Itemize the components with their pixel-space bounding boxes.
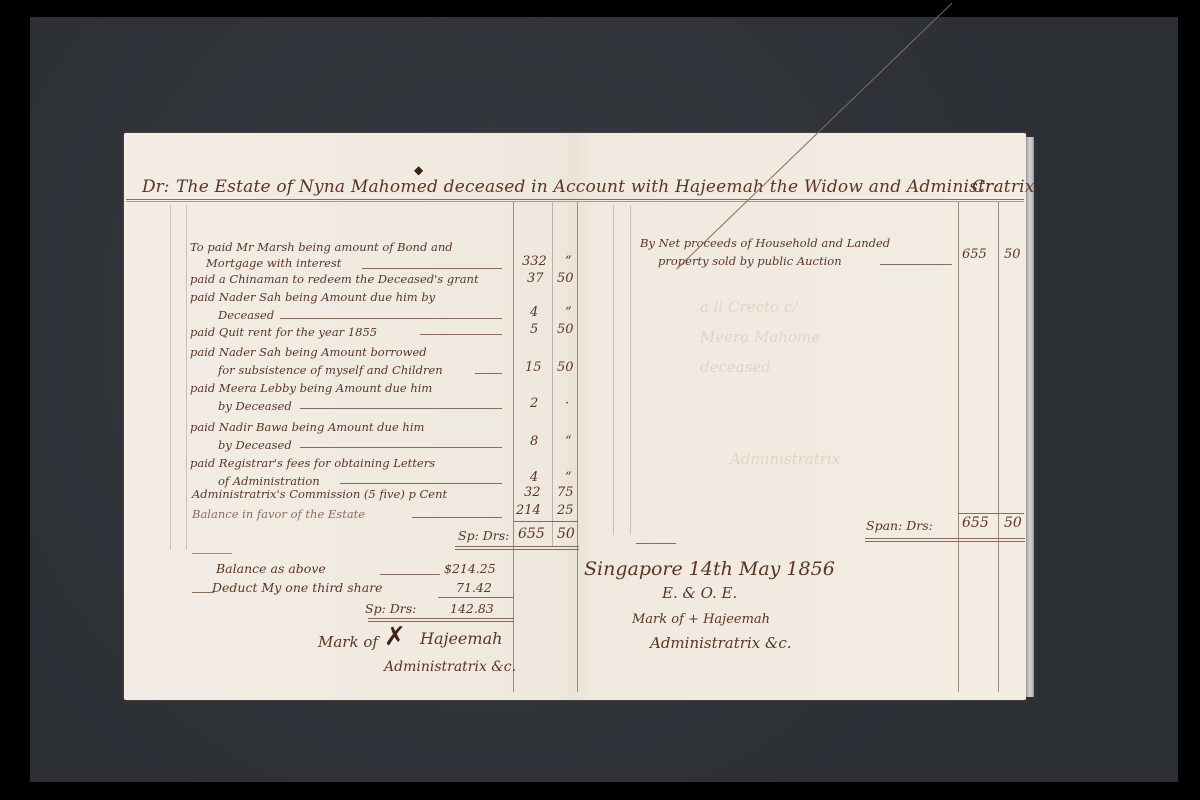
paper-edge — [1026, 137, 1034, 697]
entry-text: paid Nader Sah being Amount borrowed — [190, 345, 427, 359]
entry-text: Administratrix's Commission (5 five) p C… — [192, 487, 447, 501]
entry-cents: 50 — [557, 360, 574, 375]
mark-of-label: Mark of — [318, 633, 378, 651]
entry-cents: “ — [565, 434, 572, 449]
balance-row-label: Balance as above — [216, 561, 326, 576]
bleed-through-text: deceased — [700, 358, 771, 376]
page-title: The Estate of Nyna Mahomed deceased in A… — [176, 177, 1035, 197]
entry-text: for subsistence of myself and Children — [218, 363, 443, 377]
ink-blot: ◆ — [414, 163, 423, 177]
entry-dollars: 4 — [530, 305, 538, 320]
bleed-through-text: Administratrix — [730, 450, 840, 468]
header-rule-double — [126, 201, 1024, 202]
margin-rule — [613, 205, 614, 535]
entry-cents: “ — [565, 305, 572, 320]
entry-dollars: 15 — [525, 360, 542, 375]
entry-text: By Net proceeds of Household and Landed — [640, 236, 890, 250]
entry-dollars: 655 — [962, 247, 987, 262]
entry-text: paid Quit rent for the year 1855 — [190, 325, 377, 339]
entry-cents: 50 — [557, 271, 574, 286]
subtract-rule — [438, 597, 514, 598]
leader-line — [475, 373, 502, 374]
leader-line — [340, 483, 502, 484]
signatory-name: Hajeemah — [420, 629, 502, 648]
subtotal-rule — [958, 513, 1024, 514]
errors-omissions-excepted: E. & O. E. — [662, 584, 737, 602]
entry-cents: 50 — [557, 322, 574, 337]
header-debit-marker: Dr: — [142, 177, 169, 197]
entry-dollars: 4 — [530, 470, 538, 485]
signatory-title: Administratrix &c. — [384, 659, 516, 675]
margin-rule — [170, 205, 171, 550]
entry-text: paid Nader Sah being Amount due him by — [190, 290, 435, 304]
entry-text: paid Meera Lebby being Amount due him — [190, 381, 432, 395]
entry-cents: · — [565, 396, 569, 411]
entry-text: paid Nadir Bawa being Amount due him — [190, 420, 424, 434]
total-rule-double — [865, 541, 1025, 542]
leader-line — [412, 517, 502, 518]
entry-dollars: 37 — [527, 271, 544, 286]
credit-total-label: Span: Drs: — [866, 518, 933, 533]
mark-of-label: Mark of + Hajeemah — [632, 612, 770, 627]
result-label: Sp: Drs: — [365, 601, 416, 616]
total-rule — [865, 538, 1025, 539]
diagonal-tail-rule — [636, 543, 676, 544]
margin-rule — [186, 205, 187, 550]
entry-text: Mortgage with interest — [206, 256, 341, 270]
result-rule — [368, 618, 514, 619]
leader-line — [280, 318, 502, 319]
entry-text: of Administration — [218, 474, 320, 488]
debit-total-cents: 50 — [557, 526, 575, 542]
entry-cents: 50 — [1004, 247, 1021, 262]
header-rule — [126, 199, 1024, 200]
credit-total-dollars: 655 — [962, 515, 989, 531]
deduct-row-label: Deduct My one third share — [212, 580, 383, 595]
leader-line — [880, 264, 952, 265]
entry-dollars: 2 — [530, 396, 538, 411]
entry-text: paid Registrar's fees for obtaining Lett… — [190, 456, 435, 470]
entry-dollars: 214 — [516, 503, 541, 518]
bleed-through-text: a ll Crecto c/ — [700, 298, 797, 316]
margin-rule — [630, 205, 631, 535]
cents-column-rule — [998, 202, 999, 692]
dollars-column-rule — [958, 202, 959, 692]
entry-text: Deceased — [218, 308, 274, 322]
entry-text: paid a Chinaman to redeem the Deceased's… — [190, 272, 479, 286]
entry-dollars: 32 — [524, 485, 541, 500]
place-date: Singapore 14th May 1856 — [584, 558, 835, 580]
result-value: 142.83 — [450, 601, 494, 616]
bleed-through-text: Meera Mahome — [700, 328, 820, 346]
entry-dollars: 8 — [530, 434, 538, 449]
entry-text: by Deceased — [218, 438, 292, 452]
entry-text: To paid Mr Marsh being amount of Bond an… — [190, 240, 453, 254]
leader-line — [380, 574, 440, 575]
balance-row-value: $214.25 — [444, 561, 496, 576]
leader-line — [300, 408, 502, 409]
center-fold-rule — [577, 202, 578, 692]
ledger-sheet — [124, 133, 1026, 700]
entry-cents: 75 — [557, 485, 574, 500]
deduct-row-value: 71.42 — [456, 580, 492, 595]
entry-dollars: 332 — [522, 254, 547, 269]
total-rule — [455, 546, 579, 547]
credit-total-cents: 50 — [1004, 515, 1022, 531]
signatory-title: Administratrix &c. — [650, 634, 792, 652]
entry-cents: “ — [565, 470, 572, 485]
mark-x-symbol: ✗ — [384, 622, 406, 652]
cents-column-rule — [552, 202, 553, 547]
subtotal-rule — [514, 521, 578, 522]
leader-line — [420, 334, 502, 335]
entry-cents: 25 — [557, 503, 574, 518]
debit-total-label: Sp: Drs: — [458, 528, 509, 543]
entry-text: Balance in favor of the Estate — [192, 507, 365, 521]
header-credit-marker: Cr: — [972, 177, 999, 197]
entry-text: by Deceased — [218, 399, 292, 413]
total-rule-double — [455, 549, 579, 550]
leader-line — [192, 592, 214, 593]
short-rule — [192, 553, 232, 554]
leader-line — [362, 268, 502, 269]
leader-line — [300, 447, 502, 448]
entry-dollars: 5 — [530, 322, 538, 337]
debit-total-dollars: 655 — [518, 526, 545, 542]
entry-cents: “ — [565, 254, 572, 269]
